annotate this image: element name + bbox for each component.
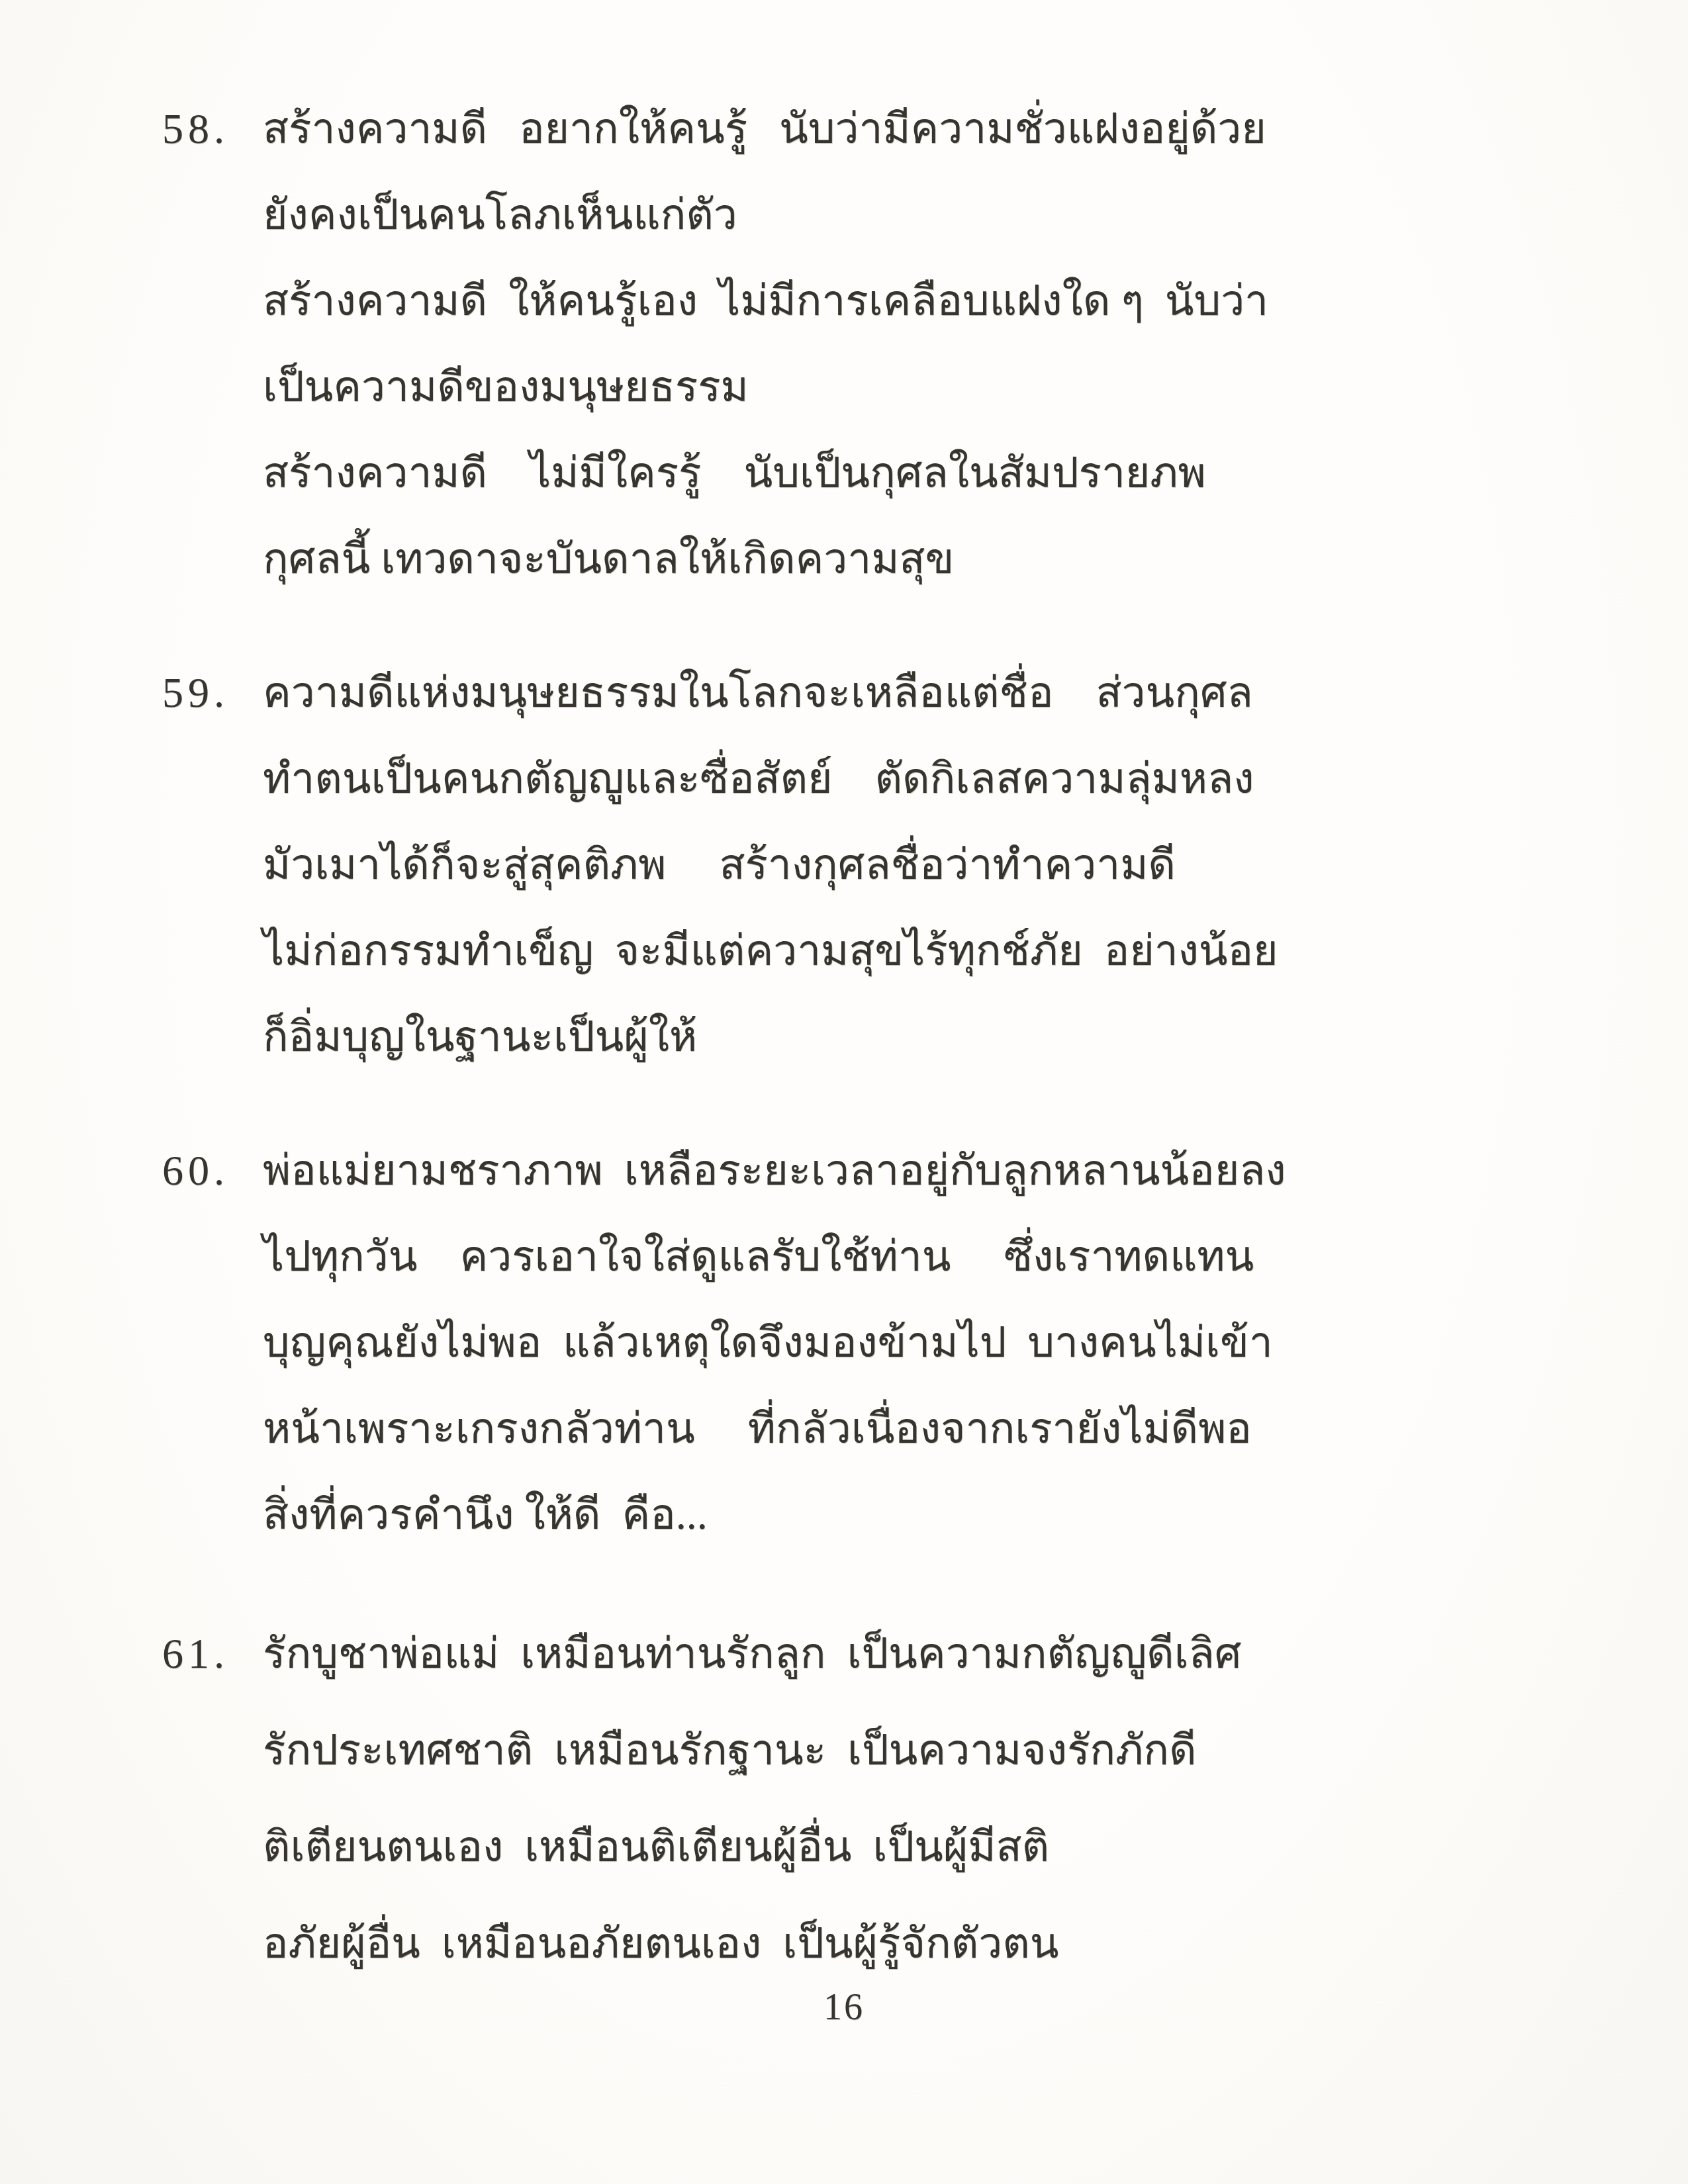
text-line: ไม่ก่อกรรมทำเข็ญ จะมีแต่ความสุขไร้ทุกช์ภ… [263,908,1536,994]
text-line: ความดีแห่งมนุษยธรรมในโลกจะเหลือแต่ชื่อ ส… [263,650,1536,736]
text-line: กุศลนี้ เทวดาจะบันดาลให้เกิดความสุข [263,516,1536,602]
list-item-59: 59. ความดีแห่งมนุษยธรรมในโลกจะเหลือแต่ชื… [162,650,1536,1080]
text-line: หน้าเพราะเกรงกลัวท่าน ที่กลัวเนื่องจากเร… [263,1386,1536,1472]
list-item-60: 60. พ่อแม่ยามชราภาพ เหลือระยะเวลาอยู่กับ… [162,1128,1536,1558]
text-line: สิ่งที่ควรคำนึง ให้ดี คือ... [263,1472,1536,1558]
text-line: พ่อแม่ยามชราภาพ เหลือระยะเวลาอยู่กับลูกห… [263,1128,1536,1214]
text-line: สร้างความดี ไม่มีใครรู้ นับเป็นกุศลในสัม… [263,430,1536,516]
item-number-59: 59. [162,650,263,736]
text-line: เป็นความดีของมนุษยธรรม [263,344,1536,430]
item-text-61: รักบูชาพ่อแม่ เหมือนท่านรักลูก เป็นความก… [263,1606,1536,1992]
text-line: บุญคุณยังไม่พอ แล้วเหตุใดจึงมองข้ามไป บา… [263,1300,1536,1386]
item-number-58: 58. [162,86,263,172]
scanned-page: 58. สร้างความดี อยากให้คนรู้ นับว่ามีควา… [0,0,1688,2184]
text-line: มัวเมาได้ก็จะสู่สุคติภพ สร้างกุศลชื่อว่า… [263,822,1536,908]
item-number-60: 60. [162,1128,263,1214]
item-text-60: พ่อแม่ยามชราภาพ เหลือระยะเวลาอยู่กับลูกห… [263,1128,1536,1558]
text-line: ทำตนเป็นคนกตัญญูและซื่อสัตย์ ตัดกิเลสควา… [263,736,1536,822]
text-line: อภัยผู้อื่น เหมือนอภัยตนเอง เป็นผู้รู้จั… [263,1895,1536,1992]
page-number: 16 [0,1984,1688,2030]
list-item-61: 61. รักบูชาพ่อแม่ เหมือนท่านรักลูก เป็นค… [162,1606,1536,1992]
item-text-59: ความดีแห่งมนุษยธรรมในโลกจะเหลือแต่ชื่อ ส… [263,650,1536,1080]
text-line: รักประเทศชาติ เหมือนรักฐานะ เป็นความจงรั… [263,1702,1536,1799]
text-line: ก็อิ่มบุญในฐานะเป็นผู้ให้ [263,994,1536,1080]
page-content: 58. สร้างความดี อยากให้คนรู้ นับว่ามีควา… [162,86,1536,2040]
text-line: รักบูชาพ่อแม่ เหมือนท่านรักลูก เป็นความก… [263,1606,1536,1702]
item-text-58: สร้างความดี อยากให้คนรู้ นับว่ามีความชั่… [263,86,1536,602]
text-line: สร้างความดี อยากให้คนรู้ นับว่ามีความชั่… [263,86,1536,172]
text-line: สร้างความดี ให้คนรู้เอง ไม่มีการเคลือบแฝ… [263,258,1536,344]
list-item-58: 58. สร้างความดี อยากให้คนรู้ นับว่ามีควา… [162,86,1536,602]
text-line: ติเตียนตนเอง เหมือนติเตียนผู้อื่น เป็นผู… [263,1799,1536,1895]
text-line: ไปทุกวัน ควรเอาใจใส่ดูแลรับใช้ท่าน ซึ่งเ… [263,1214,1536,1300]
item-number-61: 61. [162,1606,263,1702]
text-line: ยังคงเป็นคนโลภเห็นแก่ตัว [263,172,1536,258]
